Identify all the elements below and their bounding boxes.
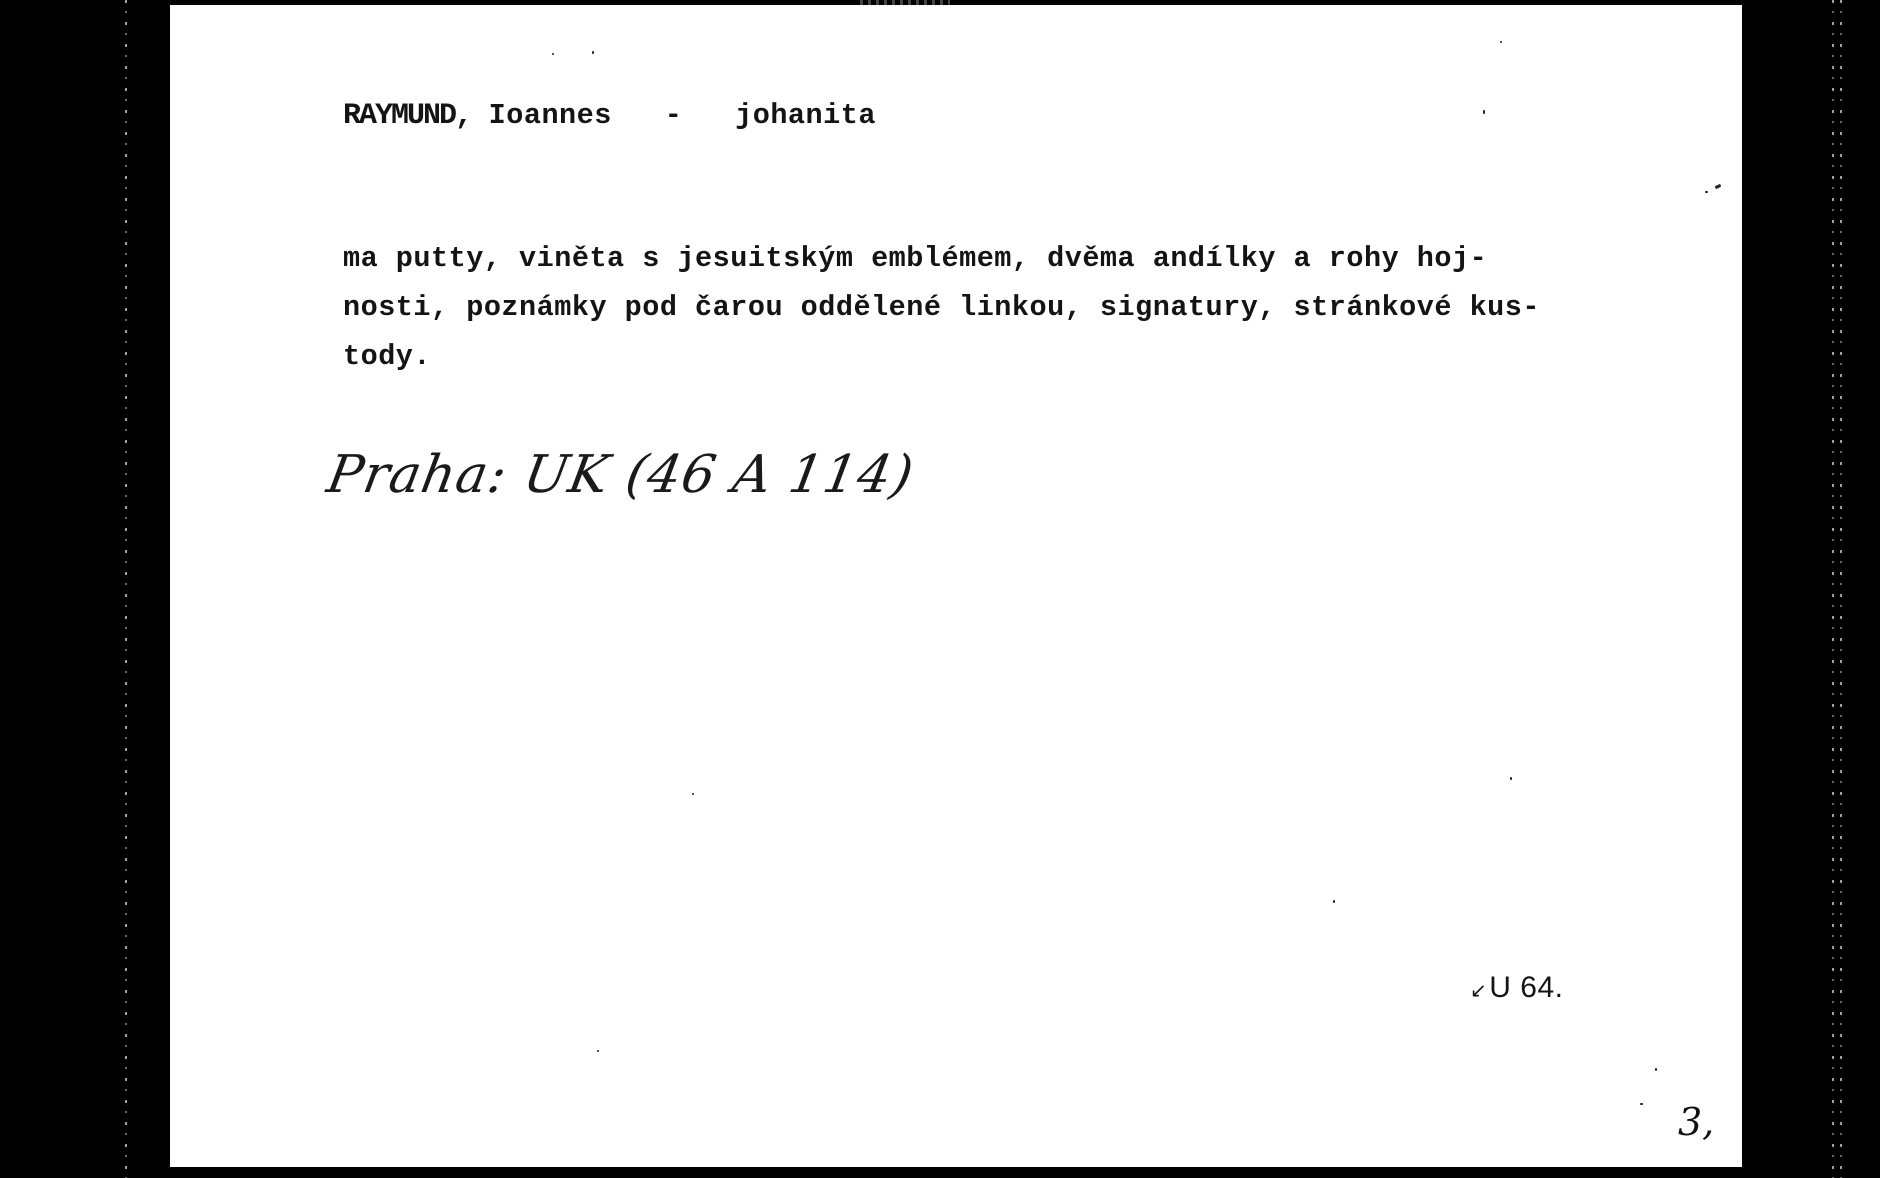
scan-speck: [1510, 777, 1512, 780]
scan-speck: [692, 793, 694, 795]
shelfmark-value: U 64.: [1489, 971, 1563, 1004]
description-line-1: ma putty, viněta s jesuitským emblémem, …: [343, 245, 1487, 274]
scan-edge-line-right-2: [1840, 0, 1842, 1178]
shelfmark: ↙U 64.: [1470, 973, 1563, 1003]
scan-speck: [1705, 191, 1708, 193]
card-heading: RAYMUND, Ioannes - johanita: [343, 101, 876, 131]
description-line-2: nosti, poznámky pod čarou oddělené linko…: [343, 294, 1540, 323]
heading-surname: RAYMUND,: [343, 99, 471, 133]
handwritten-holding-note: Praha: UK (46 A 114): [323, 445, 919, 505]
scan-speck: [1715, 184, 1722, 189]
arrow-icon: ↙: [1470, 980, 1487, 1002]
scan-speck: [1655, 1068, 1657, 1071]
description-line-3: tody.: [343, 343, 431, 372]
scan-edge-line-right-1: [1832, 0, 1834, 1178]
page-number: 3,: [1678, 1100, 1714, 1144]
heading-given-name: Ioannes: [489, 99, 612, 132]
scan-speck: [552, 53, 554, 55]
scan-speck: [1333, 900, 1335, 903]
scan-speck: [597, 1050, 599, 1052]
heading-descriptor: johanita: [735, 99, 876, 132]
scan-speck: [1483, 110, 1485, 114]
scan-speck: [1500, 41, 1502, 43]
scan-speck: [1640, 1103, 1643, 1105]
scan-speck: [592, 51, 594, 54]
scan-edge-line-left: [125, 0, 127, 1178]
heading-separator: -: [665, 99, 683, 132]
catalog-card: RAYMUND, Ioannes - johanita ma putty, vi…: [170, 5, 1742, 1167]
